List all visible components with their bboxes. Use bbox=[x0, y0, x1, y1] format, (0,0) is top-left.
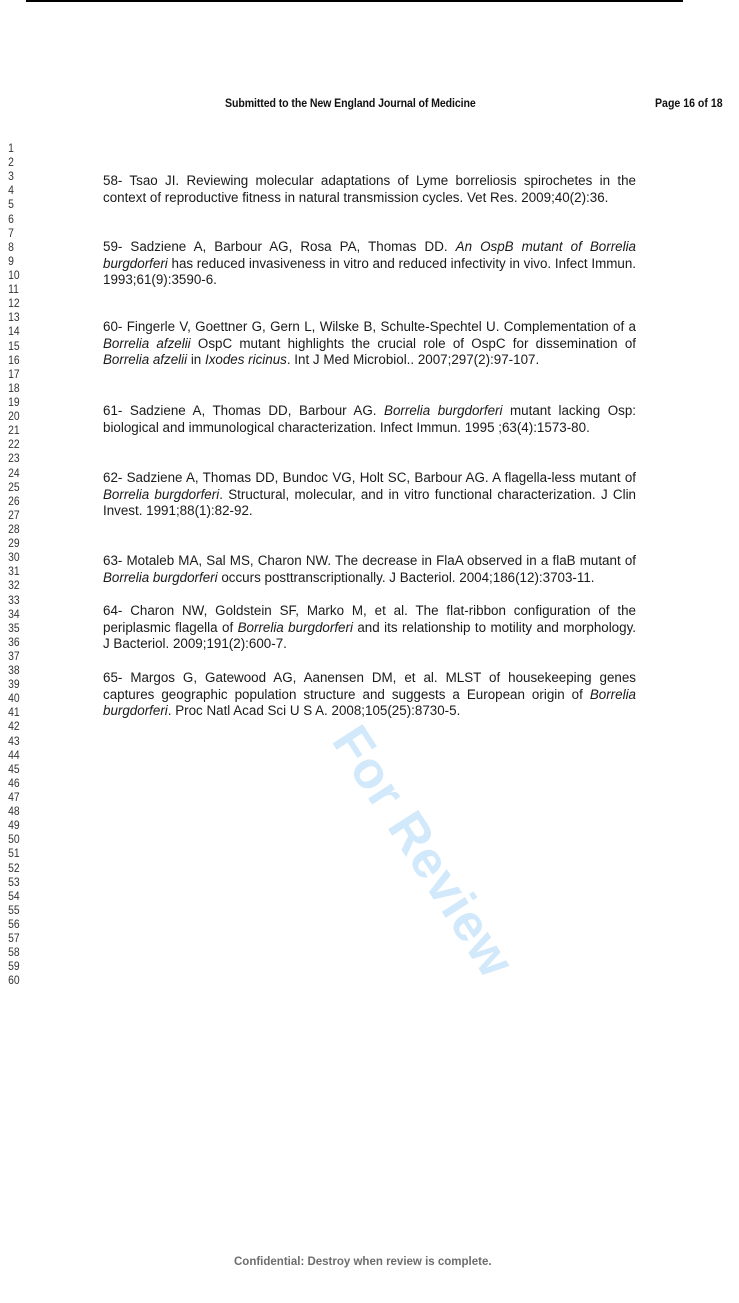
reference-63: 63- Motaleb MA, Sal MS, Charon NW. The d… bbox=[103, 553, 636, 586]
reference-text: occurs posttranscriptionally. J Bacterio… bbox=[218, 570, 595, 585]
reference-text: 63- Motaleb MA, Sal MS, Charon NW. The d… bbox=[103, 553, 636, 568]
reference-text: in bbox=[187, 352, 205, 367]
line-number: 29 bbox=[0, 537, 20, 551]
top-rule bbox=[26, 0, 683, 2]
line-number: 51 bbox=[0, 847, 20, 861]
line-number: 15 bbox=[0, 340, 20, 354]
line-number: 47 bbox=[0, 791, 20, 805]
line-number: 49 bbox=[0, 819, 20, 833]
line-number: 50 bbox=[0, 833, 20, 847]
reference-text: 65- Margos G, Gatewood AG, Aanensen DM, … bbox=[103, 670, 636, 702]
line-number: 12 bbox=[0, 297, 20, 311]
line-number: 57 bbox=[0, 932, 20, 946]
line-number: 3 bbox=[0, 170, 20, 184]
italic-species-name: Borrelia afzelii bbox=[103, 336, 191, 351]
line-number: 5 bbox=[0, 198, 20, 212]
page-indicator: Page 16 of 18 bbox=[655, 98, 723, 110]
line-number: 46 bbox=[0, 777, 20, 791]
line-number: 17 bbox=[0, 368, 20, 382]
line-number: 18 bbox=[0, 382, 20, 396]
line-number: 9 bbox=[0, 255, 20, 269]
line-number: 35 bbox=[0, 622, 20, 636]
line-number: 60 bbox=[0, 974, 20, 988]
italic-species-name: Borrelia burgdorferi bbox=[384, 403, 502, 418]
reference-text: has reduced invasiveness in vitro and re… bbox=[103, 256, 636, 288]
line-number: 4 bbox=[0, 184, 20, 198]
line-number-column: 1234567891011121314151617181920212223242… bbox=[0, 142, 22, 989]
line-number: 43 bbox=[0, 735, 20, 749]
italic-species-name: Borrelia burgdorferi bbox=[103, 487, 219, 502]
line-number: 52 bbox=[0, 862, 20, 876]
italic-species-name: Ixodes ricinus bbox=[205, 352, 287, 367]
header-journal-title: Submitted to the New England Journal of … bbox=[225, 98, 476, 110]
line-number: 37 bbox=[0, 650, 20, 664]
reference-text: 58- Tsao JI. Reviewing molecular adaptat… bbox=[103, 173, 636, 205]
line-number: 10 bbox=[0, 269, 20, 283]
line-number: 40 bbox=[0, 692, 20, 706]
line-number: 25 bbox=[0, 481, 20, 495]
reference-60: 60- Fingerle V, Goettner G, Gern L, Wils… bbox=[103, 319, 636, 369]
line-number: 31 bbox=[0, 565, 20, 579]
reference-61: 61- Sadziene A, Thomas DD, Barbour AG. B… bbox=[103, 403, 636, 436]
line-number: 33 bbox=[0, 594, 20, 608]
line-number: 13 bbox=[0, 311, 20, 325]
line-number: 53 bbox=[0, 876, 20, 890]
reference-text: . Proc Natl Acad Sci U S A. 2008;105(25)… bbox=[168, 703, 461, 718]
line-number: 24 bbox=[0, 467, 20, 481]
line-number: 48 bbox=[0, 805, 20, 819]
reference-62: 62- Sadziene A, Thomas DD, Bundoc VG, Ho… bbox=[103, 470, 636, 520]
line-number: 11 bbox=[0, 283, 20, 297]
line-number: 21 bbox=[0, 424, 20, 438]
line-number: 42 bbox=[0, 720, 20, 734]
line-number: 54 bbox=[0, 890, 20, 904]
for-review-watermark: For Review bbox=[320, 715, 527, 989]
reference-58: 58- Tsao JI. Reviewing molecular adaptat… bbox=[103, 173, 636, 206]
line-number: 30 bbox=[0, 551, 20, 565]
line-number: 36 bbox=[0, 636, 20, 650]
line-number: 2 bbox=[0, 156, 20, 170]
confidential-footer: Confidential: Destroy when review is com… bbox=[234, 1256, 492, 1268]
reference-65: 65- Margos G, Gatewood AG, Aanensen DM, … bbox=[103, 670, 636, 720]
reference-text: OspC mutant highlights the crucial role … bbox=[191, 336, 636, 351]
line-number: 44 bbox=[0, 749, 20, 763]
line-number: 59 bbox=[0, 960, 20, 974]
line-number: 23 bbox=[0, 452, 20, 466]
line-number: 26 bbox=[0, 495, 20, 509]
line-number: 20 bbox=[0, 410, 20, 424]
italic-species-name: Borrelia burgdorferi bbox=[238, 620, 353, 635]
italic-species-name: Borrelia afzelii bbox=[103, 352, 187, 367]
line-number: 38 bbox=[0, 664, 20, 678]
line-number: 32 bbox=[0, 579, 20, 593]
line-number: 7 bbox=[0, 227, 20, 241]
reference-text: . Int J Med Microbiol.. 2007;297(2):97-1… bbox=[287, 352, 539, 367]
line-number: 8 bbox=[0, 241, 20, 255]
line-number: 34 bbox=[0, 608, 20, 622]
reference-64: 64- Charon NW, Goldstein SF, Marko M, et… bbox=[103, 603, 636, 653]
line-number: 56 bbox=[0, 918, 20, 932]
reference-text: 60- Fingerle V, Goettner G, Gern L, Wils… bbox=[103, 319, 636, 334]
italic-species-name: Borrelia burgdorferi bbox=[103, 570, 218, 585]
reference-text: 61- Sadziene A, Thomas DD, Barbour AG. bbox=[103, 403, 384, 418]
line-number: 55 bbox=[0, 904, 20, 918]
reference-text: 62- Sadziene A, Thomas DD, Bundoc VG, Ho… bbox=[103, 470, 636, 485]
line-number: 22 bbox=[0, 438, 20, 452]
line-number: 28 bbox=[0, 523, 20, 537]
line-number: 14 bbox=[0, 325, 20, 339]
line-number: 1 bbox=[0, 142, 20, 156]
line-number: 39 bbox=[0, 678, 20, 692]
line-number: 19 bbox=[0, 396, 20, 410]
line-number: 41 bbox=[0, 706, 20, 720]
reference-59: 59- Sadziene A, Barbour AG, Rosa PA, Tho… bbox=[103, 239, 636, 289]
line-number: 58 bbox=[0, 946, 20, 960]
line-number: 6 bbox=[0, 213, 20, 227]
reference-text: 59- Sadziene A, Barbour AG, Rosa PA, Tho… bbox=[103, 239, 456, 254]
line-number: 16 bbox=[0, 354, 20, 368]
line-number: 45 bbox=[0, 763, 20, 777]
line-number: 27 bbox=[0, 509, 20, 523]
